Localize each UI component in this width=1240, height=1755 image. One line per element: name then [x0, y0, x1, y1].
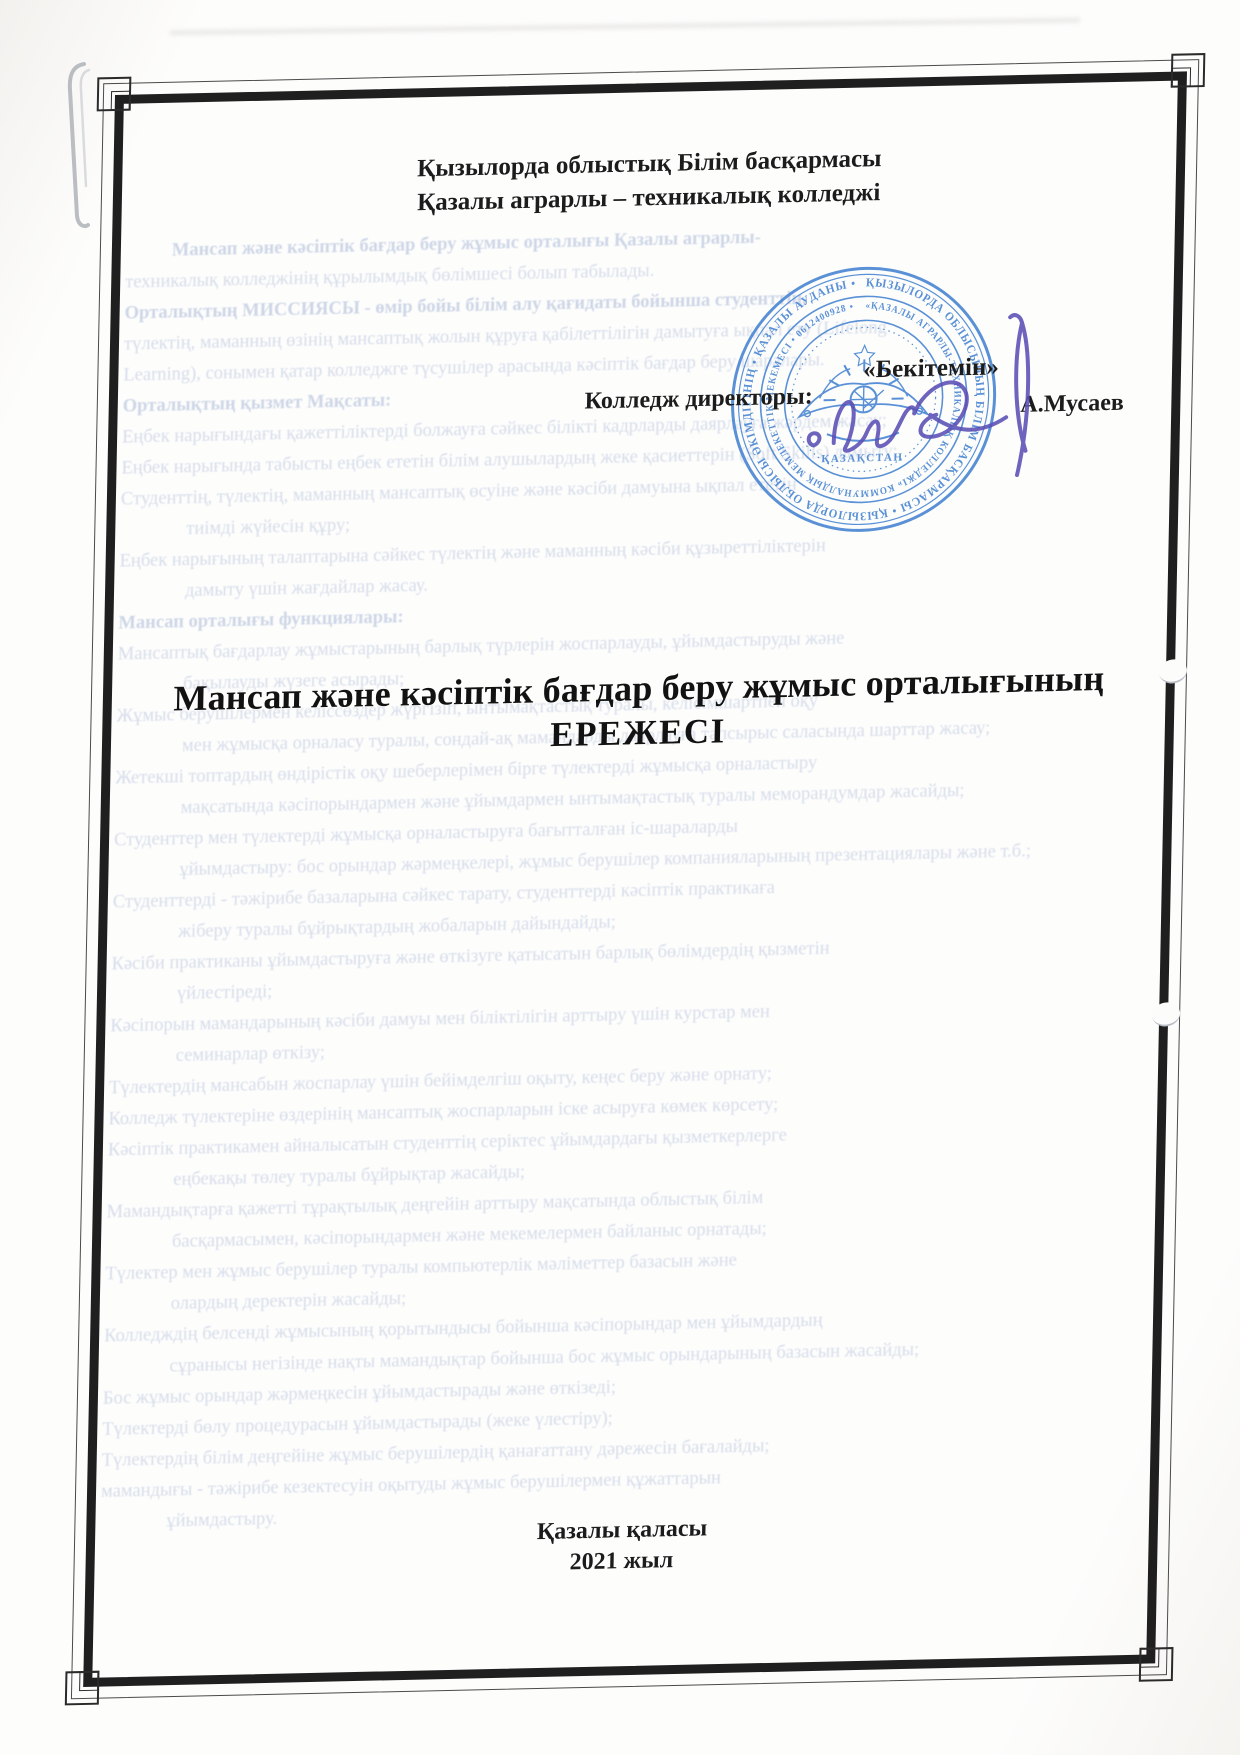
- frame-corner-ornament: [111, 91, 130, 110]
- frame-corner-ornament: [1172, 67, 1191, 86]
- frame-corner-ornament: [79, 1672, 98, 1691]
- director-signature-icon: [776, 310, 1082, 509]
- scan-artifact-streak: [170, 18, 1080, 36]
- frame-corner-ornament: [1140, 1648, 1159, 1667]
- document-frame: Мансап және кәсіптік бағдар беру жұмыс о…: [83, 71, 1187, 1687]
- scanned-page: Мансап және кәсіптік бағдар беру жұмыс о…: [0, 0, 1240, 1755]
